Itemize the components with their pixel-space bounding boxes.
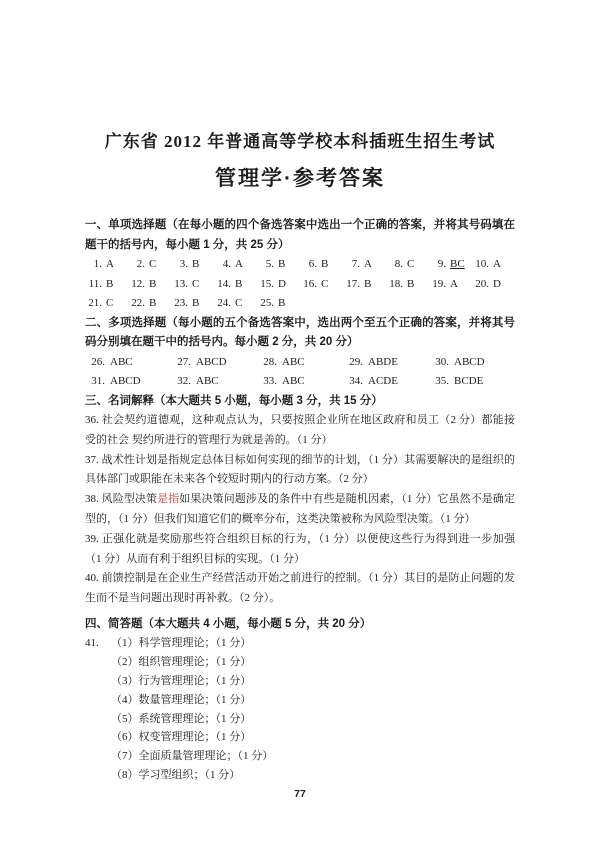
item-number <box>85 747 111 766</box>
answer-number: 15. <box>257 275 274 295</box>
answer-number: 9. <box>429 255 446 275</box>
answer-number: 16. <box>300 275 317 295</box>
answer-value: B <box>149 275 156 295</box>
item-text: （2）组织管理理论；（1 分） <box>111 653 251 672</box>
item-text: （6）权变管理理论；（1 分） <box>111 728 251 747</box>
answer-number: 29. <box>343 353 363 373</box>
answer-value: C <box>321 275 328 295</box>
answer-cell: 9.BC <box>429 255 472 275</box>
answer-cell: 33.ABC <box>257 372 343 392</box>
short-answer-item: （8）学习型组织；（1 分） <box>85 766 515 785</box>
answer-value: ABC <box>282 372 305 392</box>
answer-number: 31. <box>85 372 105 392</box>
answer-value: D <box>278 275 286 295</box>
red-highlight: 是指 <box>157 493 179 505</box>
multi-choice-answer-grid: 26.ABC27.ABCD28.ABC29.ABDE30.ABCD31.ABCD… <box>85 353 515 392</box>
page-content: 广东省 2012 年普通高等学校本科插班生招生考试 管理学·参考答案 一、单项选… <box>85 0 515 785</box>
section-1-heading: 一、单项选择题（在每小题的四个备选答案中选出一个正确的答案，并将其号码填在题干的… <box>85 216 515 255</box>
answer-value: ABCD <box>454 353 485 373</box>
answer-number: 20. <box>472 275 489 295</box>
answer-number: 11. <box>85 275 102 295</box>
answer-value: ACDE <box>368 372 398 392</box>
exam-answer-page: 广东省 2012 年普通高等学校本科插班生招生考试 管理学·参考答案 一、单项选… <box>0 0 600 848</box>
definition-item: 40. 前馈控制是在企业生产经营活动开始之前进行的控制。（1 分）其目的是防止问… <box>85 569 515 609</box>
answer-cell: 28.ABC <box>257 353 343 373</box>
answer-value: ABC <box>282 353 305 373</box>
definition-text: 39. 正强化就是奖励那些符合组织目标的行为，（1 分）以便使这些行为得到进一步… <box>85 533 515 565</box>
answer-cell: 18.B <box>386 275 429 295</box>
answer-cell: 6.B <box>300 255 343 275</box>
answer-value: ABC <box>110 353 133 373</box>
answer-value: A <box>235 255 243 275</box>
answer-number: 6. <box>300 255 317 275</box>
answer-value: B <box>278 294 285 314</box>
answer-cell: 4.A <box>214 255 257 275</box>
item-text: （1）科学管理理论；（1 分） <box>111 634 251 653</box>
definition-text: 37. 战术性计划是指规定总体目标如何实现的细节的计划，（1 分）其需要解决的是… <box>85 454 515 486</box>
answer-value: A <box>364 255 372 275</box>
answer-value: BCDE <box>454 372 483 392</box>
answer-cell: 16.C <box>300 275 343 295</box>
answer-value: A <box>493 255 501 275</box>
answer-cell: 21.C <box>85 294 128 314</box>
item-text: （8）学习型组织；（1 分） <box>111 766 240 785</box>
answer-number: 25. <box>257 294 274 314</box>
paper-subtitle: 管理学·参考答案 <box>85 166 515 192</box>
item-text: （3）行为管理理论；（1 分） <box>111 672 251 691</box>
short-answer-item: （7）全面质量管理理论；（1 分） <box>85 747 515 766</box>
answer-number: 1. <box>85 255 102 275</box>
answer-number: 33. <box>257 372 277 392</box>
definition-item: 39. 正强化就是奖励那些符合组织目标的行为，（1 分）以便使这些行为得到进一步… <box>85 530 515 570</box>
answer-cell: 3.B <box>171 255 214 275</box>
answer-number: 23. <box>171 294 188 314</box>
answer-value: C <box>407 255 414 275</box>
answer-value: B <box>321 255 328 275</box>
answer-cell: 8.C <box>386 255 429 275</box>
answer-cell: 1.A <box>85 255 128 275</box>
answer-number: 34. <box>343 372 363 392</box>
definition-item: 37. 战术性计划是指规定总体目标如何实现的细节的计划，（1 分）其需要解决的是… <box>85 451 515 491</box>
answer-cell: 13.C <box>171 275 214 295</box>
answer-value: D <box>493 275 501 295</box>
answer-cell: 35.BCDE <box>429 372 515 392</box>
answer-cell: 7.A <box>343 255 386 275</box>
answer-value: B <box>106 275 113 295</box>
item-number <box>85 728 111 747</box>
answer-cell: 26.ABC <box>85 353 171 373</box>
answer-cell: 31.ABCD <box>85 372 171 392</box>
answer-number: 19. <box>429 275 446 295</box>
section-2-heading: 二、多项选择题（每小题的五个备选答案中，选出两个至五个正确的答案，并将其号码分别… <box>85 314 515 353</box>
definition-text: 36. 社会契约道德观，这种观点认为，只要按照企业所在地区政府和员工（2 分）都… <box>85 414 515 446</box>
answer-value: B <box>278 255 285 275</box>
answer-cell: 25.B <box>257 294 300 314</box>
short-answer-item: （2）组织管理理论；（1 分） <box>85 653 515 672</box>
item-text: （4）数量管理理论；（1 分） <box>111 691 251 710</box>
answer-number: 30. <box>429 353 449 373</box>
item-number <box>85 691 111 710</box>
answer-number: 35. <box>429 372 449 392</box>
answer-value: BC <box>450 255 465 275</box>
answer-cell: 11.B <box>85 275 128 295</box>
page-number: 77 <box>0 788 600 800</box>
answer-cell: 27.ABCD <box>171 353 257 373</box>
answer-value: B <box>192 294 199 314</box>
definition-item: 36. 社会契约道德观，这种观点认为，只要按照企业所在地区政府和员工（2 分）都… <box>85 411 515 451</box>
answer-number: 13. <box>171 275 188 295</box>
item-number <box>85 710 111 729</box>
answer-cell: 20.D <box>472 275 515 295</box>
item-number <box>85 766 111 785</box>
item-number <box>85 672 111 691</box>
answer-value: C <box>149 255 156 275</box>
answer-number: 4. <box>214 255 231 275</box>
answer-cell: 30.ABCD <box>429 353 515 373</box>
answer-cell: 10.A <box>472 255 515 275</box>
answer-value: B <box>235 275 242 295</box>
item-text: （5）系统管理理论；（1 分） <box>111 710 251 729</box>
answer-number: 22. <box>128 294 145 314</box>
exam-title: 广东省 2012 年普通高等学校本科插班生招生考试 <box>85 0 515 152</box>
definition-item: 38. 风险型决策是指如果决策问题涉及的条件中有些是随机因素，（1 分）它虽然不… <box>85 490 515 530</box>
answer-number: 3. <box>171 255 188 275</box>
item-text: （7）全面质量管理理论；（1 分） <box>111 747 273 766</box>
short-answer-item: （3）行为管理理论；（1 分） <box>85 672 515 691</box>
answer-value: B <box>407 275 414 295</box>
answer-number: 24. <box>214 294 231 314</box>
short-answer-list: 41.（1）科学管理理论；（1 分）（2）组织管理理论；（1 分）（3）行为管理… <box>85 634 515 784</box>
answer-value: ABDE <box>368 353 398 373</box>
answer-value: A <box>106 255 114 275</box>
answer-value: ABCD <box>196 353 227 373</box>
single-choice-answer-grid: 1.A2.C3.B4.A5.B6.B7.A8.C9.BC10.A11.B12.B… <box>85 255 515 314</box>
answer-value: C <box>235 294 242 314</box>
definition-text: 40. 前馈控制是在企业生产经营活动开始之前进行的控制。（1 分）其目的是防止问… <box>85 572 515 604</box>
answer-number: 5. <box>257 255 274 275</box>
item-number: 41. <box>85 634 111 653</box>
answer-value: B <box>149 294 156 314</box>
answer-cell: 5.B <box>257 255 300 275</box>
answer-cell: 12.B <box>128 275 171 295</box>
item-number <box>85 653 111 672</box>
definitions-list: 36. 社会契约道德观，这种观点认为，只要按照企业所在地区政府和员工（2 分）都… <box>85 411 515 609</box>
answer-number: 26. <box>85 353 105 373</box>
answer-value: ABC <box>196 372 219 392</box>
answer-cell: 24.C <box>214 294 257 314</box>
short-answer-item: 41.（1）科学管理理论；（1 分） <box>85 634 515 653</box>
answer-value: A <box>450 275 458 295</box>
answer-number: 14. <box>214 275 231 295</box>
answer-value: B <box>192 255 199 275</box>
definition-text: 38. 风险型决策 <box>85 493 157 505</box>
answer-cell: 22.B <box>128 294 171 314</box>
answer-number: 2. <box>128 255 145 275</box>
answer-cell: 2.C <box>128 255 171 275</box>
answer-cell: 29.ABDE <box>343 353 429 373</box>
answer-number: 8. <box>386 255 403 275</box>
answer-number: 32. <box>171 372 191 392</box>
short-answer-item: （5）系统管理理论；（1 分） <box>85 710 515 729</box>
answer-number: 18. <box>386 275 403 295</box>
short-answer-item: （6）权变管理理论；（1 分） <box>85 728 515 747</box>
answer-cell: 34.ACDE <box>343 372 429 392</box>
answer-value: C <box>106 294 113 314</box>
answer-number: 28. <box>257 353 277 373</box>
answer-value: B <box>364 275 371 295</box>
answer-number: 10. <box>472 255 489 275</box>
short-answer-item: （4）数量管理理论；（1 分） <box>85 691 515 710</box>
answer-number: 7. <box>343 255 360 275</box>
answer-cell: 15.D <box>257 275 300 295</box>
answer-value: C <box>192 275 199 295</box>
section-4-heading: 四、简答题（本大题共 4 小题，每小题 5 分，共 20 分） <box>85 615 515 635</box>
answer-number: 21. <box>85 294 102 314</box>
answer-cell: 19.A <box>429 275 472 295</box>
answer-number: 17. <box>343 275 360 295</box>
section-3-heading: 三、名词解释（本大题共 5 小题，每小题 3 分，共 15 分） <box>85 392 515 412</box>
answer-number: 27. <box>171 353 191 373</box>
answer-cell: 17.B <box>343 275 386 295</box>
answer-number: 12. <box>128 275 145 295</box>
answer-cell: 32.ABC <box>171 372 257 392</box>
answer-cell: 14.B <box>214 275 257 295</box>
answer-cell: 23.B <box>171 294 214 314</box>
answer-value: ABCD <box>110 372 141 392</box>
